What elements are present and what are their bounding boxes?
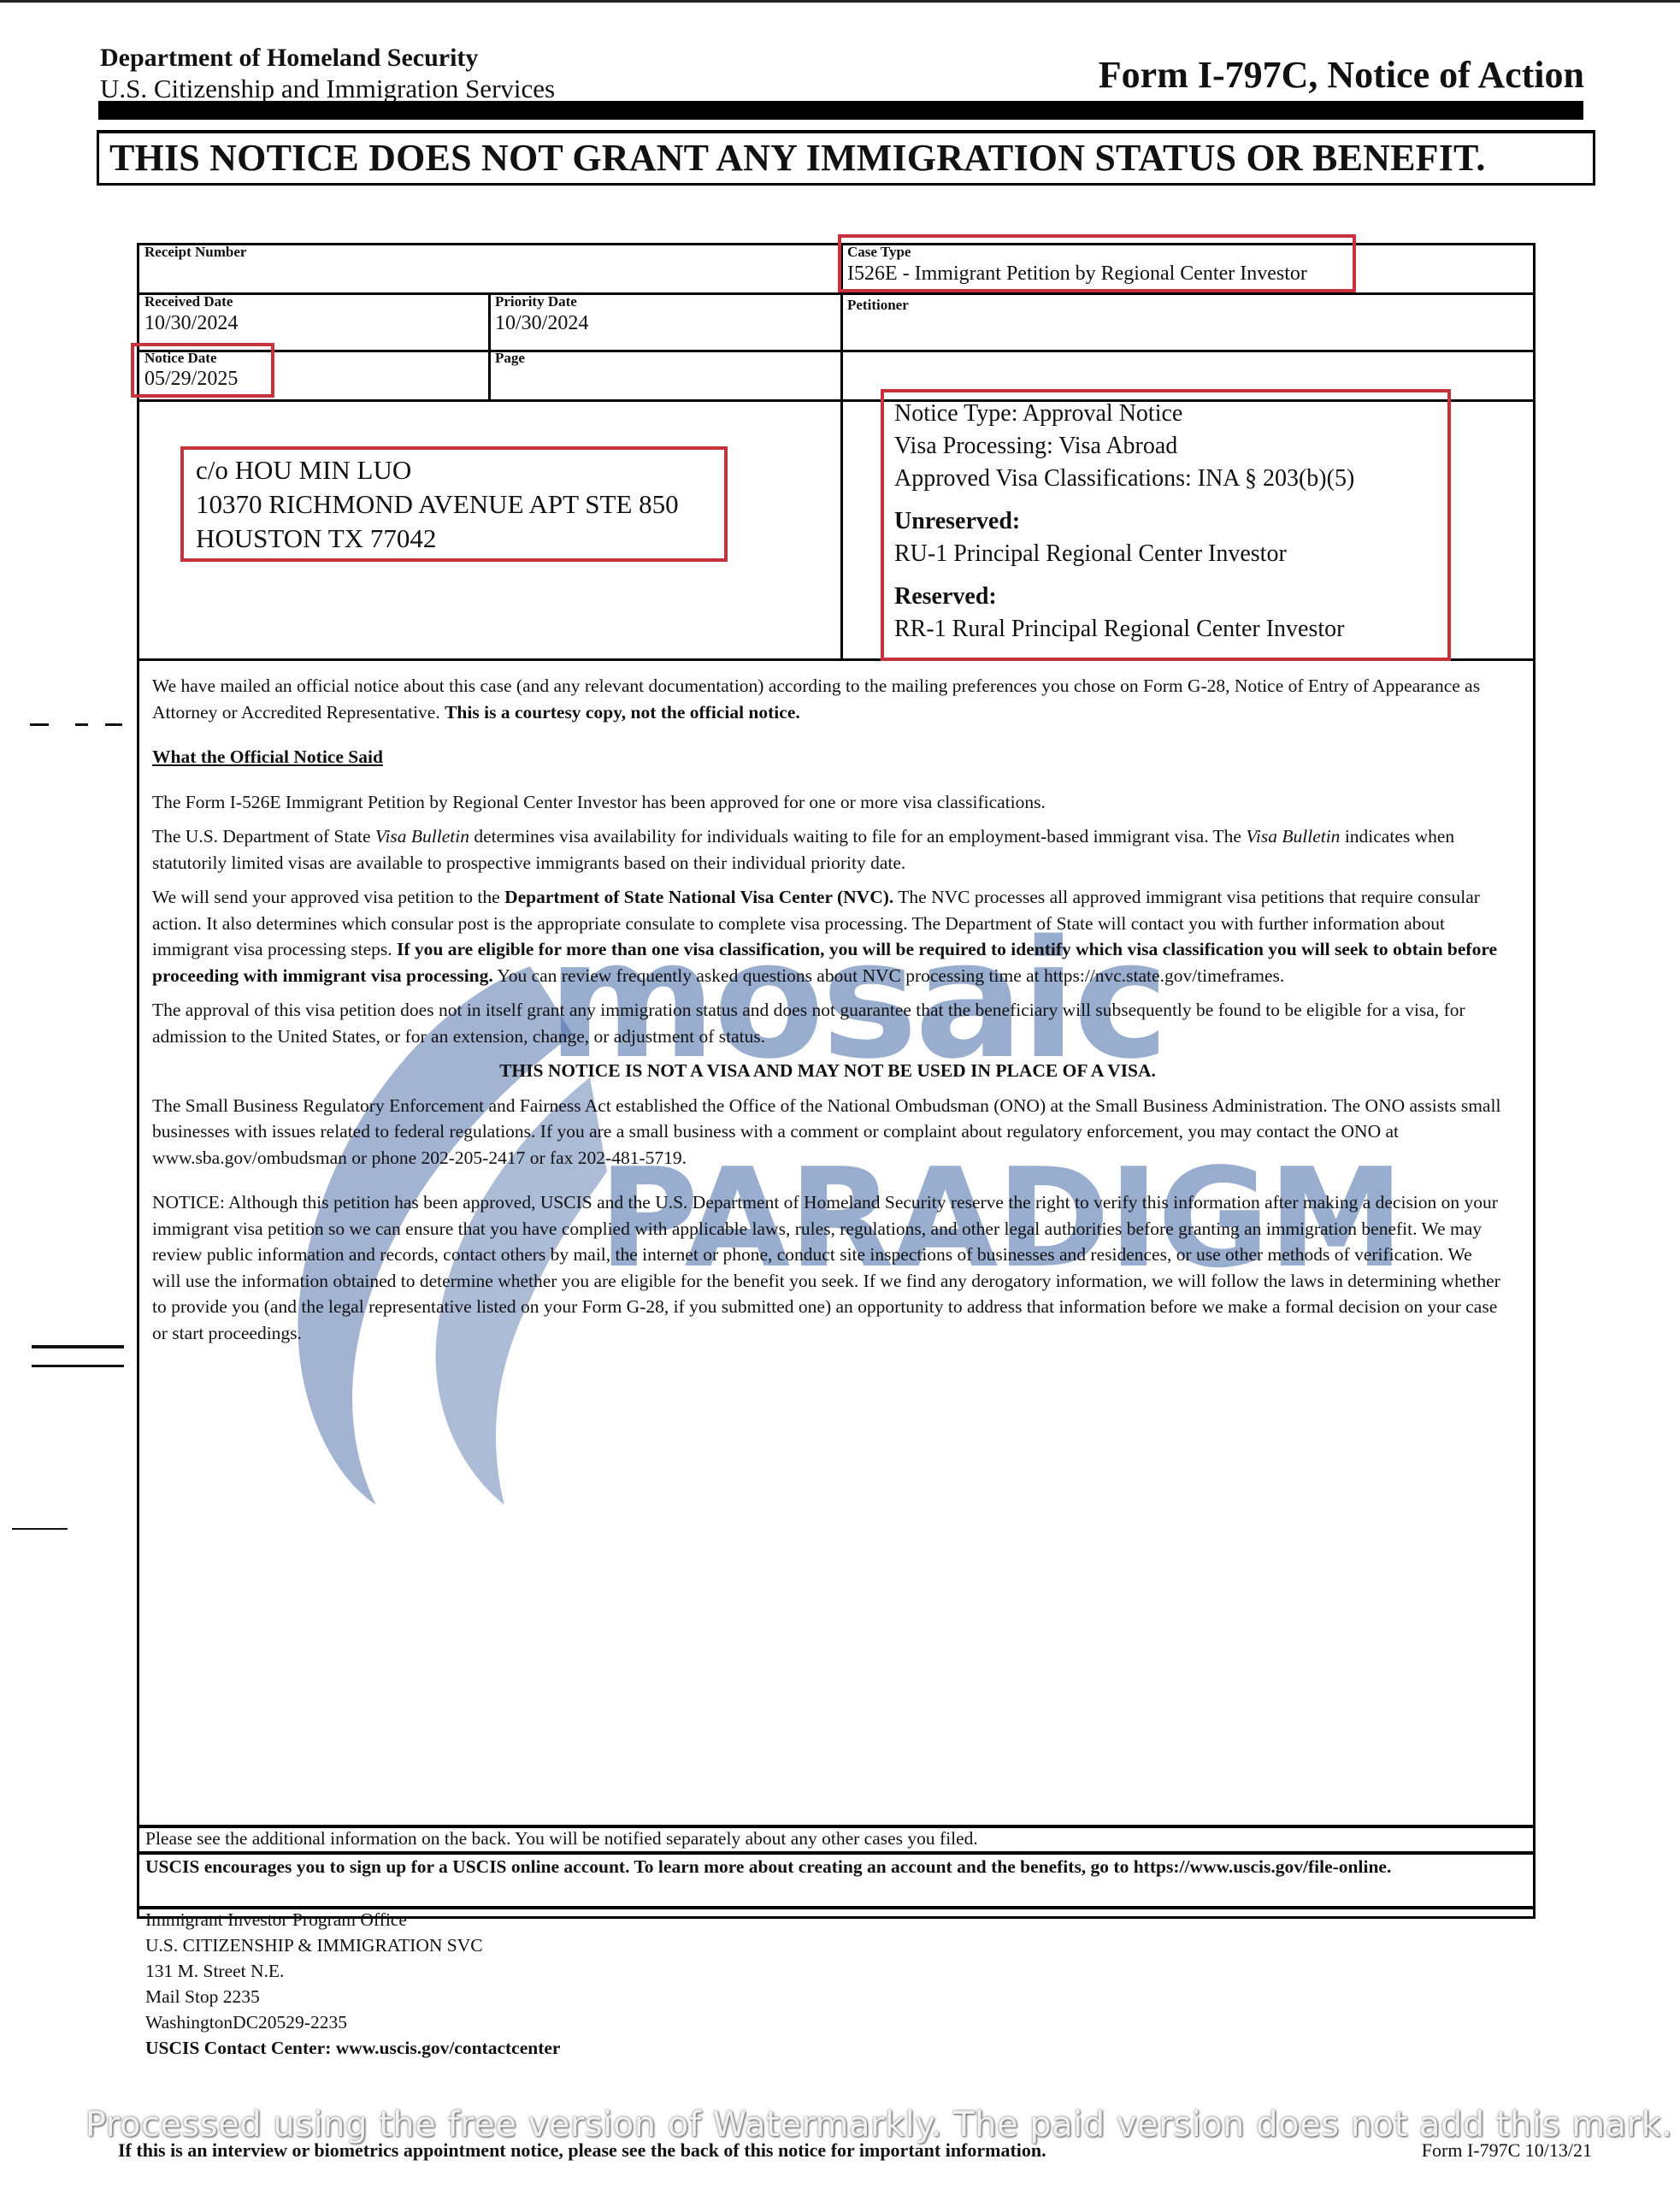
scan-mark xyxy=(12,1528,68,1530)
scan-mark xyxy=(32,1345,124,1348)
contact-center: USCIS Contact Center: www.uscis.gov/cont… xyxy=(145,2035,560,2061)
form-title: Form I-797C, Notice of Action xyxy=(1099,53,1584,97)
status-banner: THIS NOTICE DOES NOT GRANT ANY IMMIGRATI… xyxy=(97,130,1595,186)
agency-name: Department of Homeland Security xyxy=(100,43,555,74)
receipt-number-label: Receipt Number xyxy=(144,244,246,261)
additional-info: Please see the additional information on… xyxy=(145,1826,978,1851)
footer-form-id: Form I-797C 10/13/21 xyxy=(1422,2139,1592,2162)
scan-mark xyxy=(32,1365,124,1367)
scan-mark xyxy=(30,723,49,726)
paragraph-approval: The Form I-526E Immigrant Petition by Re… xyxy=(152,789,1503,816)
scan-mark xyxy=(75,723,88,726)
page-label: Page xyxy=(495,350,525,367)
paragraph-nvc: We will send your approved visa petition… xyxy=(152,884,1503,988)
highlight-notice-date xyxy=(131,343,274,398)
office-line2: U.S. CITIZENSHIP & IMMIGRATION SVC xyxy=(145,1932,560,1958)
received-date-value: 10/30/2024 xyxy=(144,312,238,335)
office-line4: Mail Stop 2235 xyxy=(145,1984,560,2009)
not-a-visa-notice: THIS NOTICE IS NOT A VISA AND MAY NOT BE… xyxy=(152,1058,1503,1084)
agency-subname: U.S. Citizenship and Immigration Service… xyxy=(100,74,555,104)
highlight-notice-info xyxy=(881,389,1451,661)
intro-paragraph: We have mailed an official notice about … xyxy=(152,673,1503,725)
section-heading: What the Official Notice Said xyxy=(152,744,1503,770)
received-date-label: Received Date xyxy=(144,293,233,310)
priority-date-label: Priority Date xyxy=(495,293,577,310)
top-scan-line xyxy=(0,0,1680,3)
agency-header: Department of Homeland Security U.S. Cit… xyxy=(100,43,555,104)
header-rule xyxy=(98,101,1583,120)
notice-body: We have mailed an official notice about … xyxy=(152,673,1503,1354)
petitioner-label: Petitioner xyxy=(847,297,909,314)
paragraph-no-status: The approval of this visa petition does … xyxy=(152,997,1503,1049)
online-account-note: USCIS encourages you to sign up for a US… xyxy=(145,1854,1428,1879)
highlight-address xyxy=(180,446,728,562)
office-line5: WashingtonDC20529-2235 xyxy=(145,2009,560,2035)
highlight-case-type xyxy=(838,234,1356,292)
paragraph-visa-bulletin: The U.S. Department of State Visa Bullet… xyxy=(152,823,1503,876)
scan-mark xyxy=(105,723,122,726)
footer-note: If this is an interview or biometrics ap… xyxy=(118,2139,1046,2162)
priority-date-value: 10/30/2024 xyxy=(495,312,588,335)
office-address: Immigrant Investor Program Office U.S. C… xyxy=(145,1907,560,2061)
office-line3: 131 M. Street N.E. xyxy=(145,1958,560,1984)
paragraph-ombudsman: The Small Business Regulatory Enforcemen… xyxy=(152,1093,1503,1171)
office-line1: Immigrant Investor Program Office xyxy=(145,1907,560,1932)
paragraph-verification: NOTICE: Although this petition has been … xyxy=(152,1189,1503,1346)
